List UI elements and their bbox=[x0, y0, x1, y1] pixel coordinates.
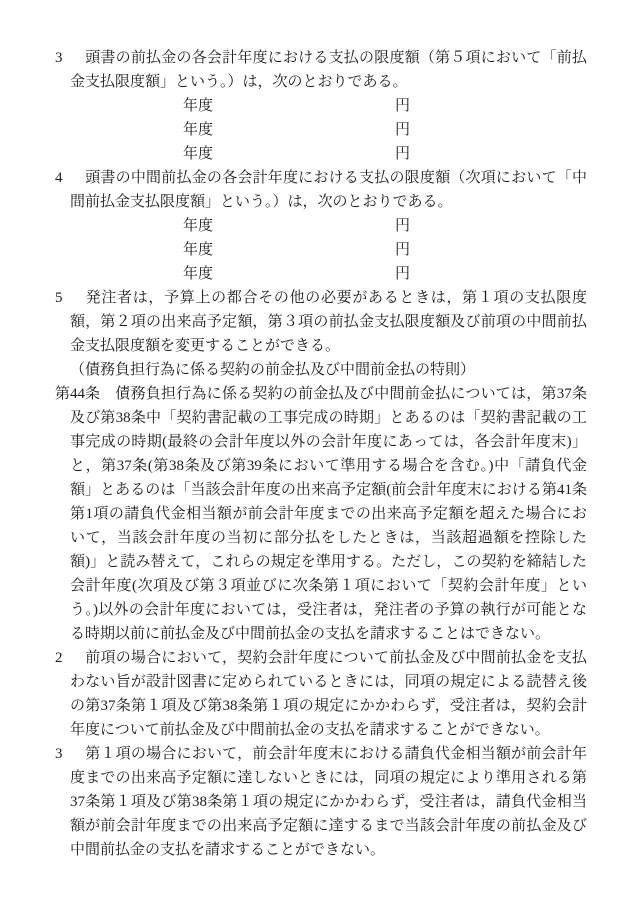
table-row: 年度 円 bbox=[55, 214, 587, 238]
interim-prepayment-limit-table: 年度 円 年度 円 年度 円 bbox=[55, 214, 587, 286]
yen-unit-label: 円 bbox=[395, 118, 410, 142]
table-row: 年度 円 bbox=[55, 262, 587, 286]
fiscal-year-label: 年度 bbox=[183, 214, 213, 238]
fiscal-year-label: 年度 bbox=[183, 94, 213, 118]
article-44-heading: （債務負担行為に係る契約の前金払及び中間前金払の特則） bbox=[55, 358, 587, 382]
prepayment-limit-table: 年度 円 年度 円 年度 円 bbox=[55, 94, 587, 166]
fiscal-year-label: 年度 bbox=[183, 142, 213, 166]
clause-paragraph-3: 3頭書の前払金の各会計年度における支払の限度額（第５項において「前払金支払限度額… bbox=[55, 46, 587, 94]
fiscal-year-label: 年度 bbox=[183, 262, 213, 286]
table-row: 年度 円 bbox=[55, 142, 587, 166]
clause-number: 5 bbox=[55, 286, 85, 310]
fiscal-year-label: 年度 bbox=[183, 118, 213, 142]
clause-paragraph-5: 5発注者は，予算上の都合その他の必要があるときは，第１項の支払限度額，第２項の出… bbox=[55, 286, 587, 358]
yen-unit-label: 円 bbox=[395, 94, 410, 118]
clause-text: 第１項の場合において，前会計年度末における請負代金相当額が前会計年度までの出来高… bbox=[70, 746, 587, 858]
table-row: 年度 円 bbox=[55, 238, 587, 262]
clause-paragraph-4: 4頭書の中間前払金の各会計年度における支払の限度額（次項において「中間前払金支払… bbox=[55, 166, 587, 214]
article-44-paragraph-1: 第44条債務負担行為に係る契約の前金払及び中間前金払については，第37条及び第3… bbox=[55, 382, 587, 646]
clause-text: 発注者は，予算上の都合その他の必要があるときは，第１項の支払限度額，第２項の出来… bbox=[70, 290, 587, 354]
clause-number: 3 bbox=[55, 46, 85, 70]
clause-number: 3 bbox=[55, 742, 85, 766]
contract-document-page: 3頭書の前払金の各会計年度における支払の限度額（第５項において「前払金支払限度額… bbox=[0, 0, 630, 903]
article-text: 債務負担行為に係る契約の前金払及び中間前金払については，第37条及び第38条中「… bbox=[70, 386, 587, 642]
article-44-paragraph-3: 3第１項の場合において，前会計年度末における請負代金相当額が前会計年度までの出来… bbox=[55, 742, 587, 862]
yen-unit-label: 円 bbox=[395, 262, 410, 286]
clause-number: 2 bbox=[55, 646, 85, 670]
clause-number: 4 bbox=[55, 166, 85, 190]
yen-unit-label: 円 bbox=[395, 238, 410, 262]
clause-text: 頭書の前払金の各会計年度における支払の限度額（第５項において「前払金支払限度額」… bbox=[70, 50, 587, 90]
yen-unit-label: 円 bbox=[395, 214, 410, 238]
article-44-paragraph-2: 2前項の場合において，契約会計年度について前払金及び中間前払金を支払わない旨が設… bbox=[55, 646, 587, 742]
article-number: 第44条 bbox=[55, 382, 115, 406]
clause-text: 頭書の中間前払金の各会計年度における支払の限度額（次項において「中間前払金支払限… bbox=[70, 170, 587, 210]
table-row: 年度 円 bbox=[55, 118, 587, 142]
fiscal-year-label: 年度 bbox=[183, 238, 213, 262]
clause-text: 前項の場合において，契約会計年度について前払金及び中間前払金を支払わない旨が設計… bbox=[70, 650, 587, 738]
yen-unit-label: 円 bbox=[395, 142, 410, 166]
table-row: 年度 円 bbox=[55, 94, 587, 118]
